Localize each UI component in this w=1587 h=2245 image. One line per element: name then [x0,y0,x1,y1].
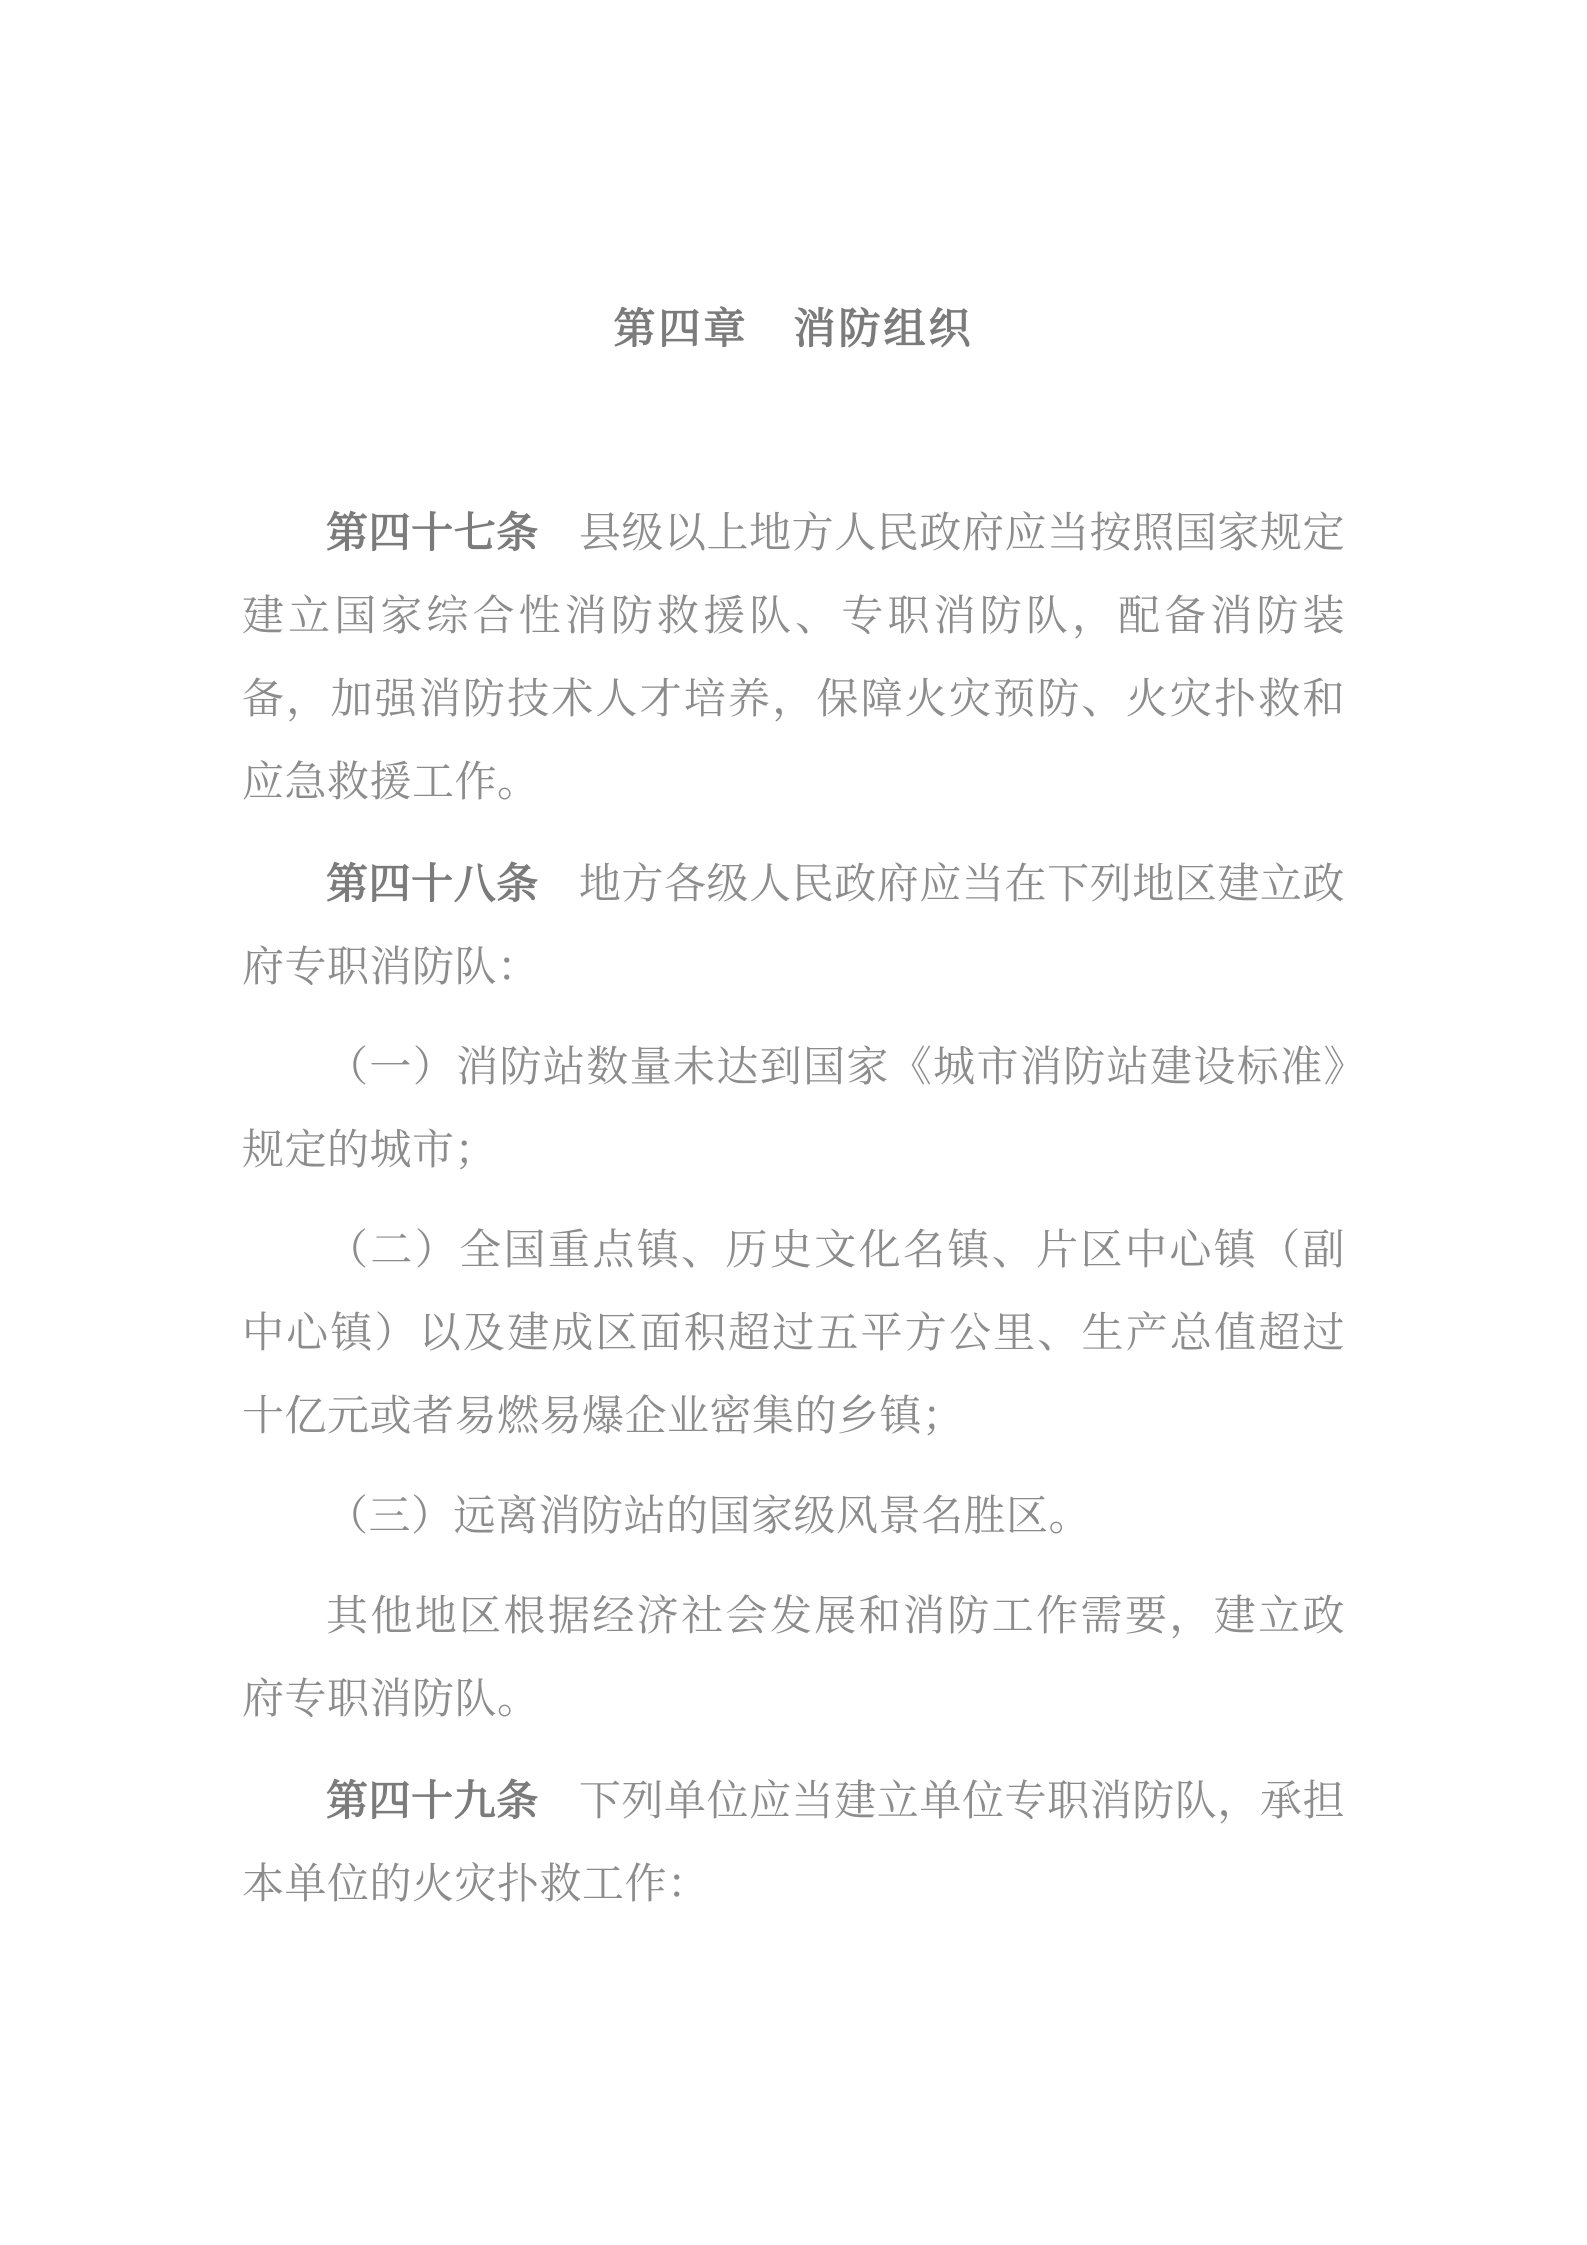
article-48-number: 第四十八条 [326,860,539,907]
paragraph-other-areas: 其他地区根据经济社会发展和消防工作需要，建立政府专职消防队。 [242,1576,1345,1742]
document-page: 第四章 消防组织 第四十七条县级以上地方人民政府应当按照国家规定建立国家综合性消… [0,0,1587,2245]
paragraph-item-2: （二）全国重点镇、历史文化名镇、片区中心镇（副中心镇）以及建成区面积超过五平方公… [242,1210,1345,1459]
article-47-number: 第四十七条 [326,509,539,556]
item-3-text: （三）远离消防站的国家级风景名胜区。 [326,1494,1091,1540]
paragraph-article-48: 第四十八条地方各级人民政府应当在下列地区建立政府专职消防队： [242,842,1345,1010]
other-areas-text: 其他地区根据经济社会发展和消防工作需要，建立政府专职消防队。 [242,1594,1345,1723]
paragraph-article-47: 第四十七条县级以上地方人民政府应当按照国家规定建立国家综合性消防救援队、专职消防… [242,491,1345,825]
chapter-title: 第四章 消防组织 [242,0,1345,350]
item-2-text: （二）全国重点镇、历史文化名镇、片区中心镇（副中心镇）以及建成区面积超过五平方公… [242,1228,1345,1440]
item-1-text: （一）消防站数量未达到国家《城市消防站建设标准》规定的城市； [242,1045,1345,1174]
paragraph-item-3: （三）远离消防站的国家级风景名胜区。 [242,1476,1345,1559]
article-49-number: 第四十九条 [326,1777,539,1824]
paragraph-article-49: 第四十九条下列单位应当建立单位专职消防队，承担本单位的火灾扑救工作： [242,1759,1345,1927]
paragraph-item-1: （一）消防站数量未达到国家《城市消防站建设标准》规定的城市； [242,1027,1345,1193]
